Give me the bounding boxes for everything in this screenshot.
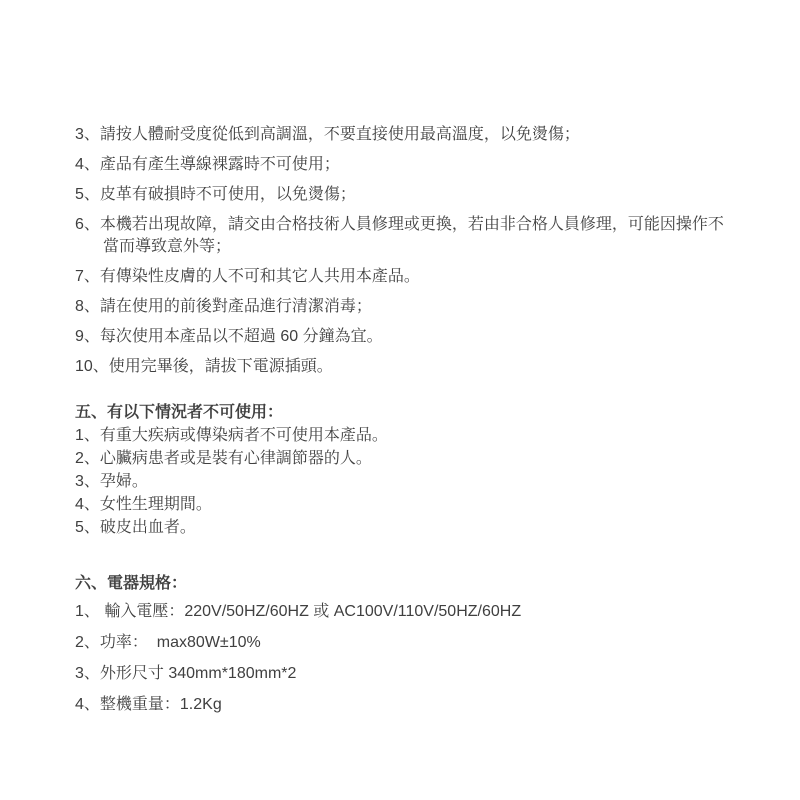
usage-notes-list: 3、請按人體耐受度從低到高調溫，不要直接使用最高溫度，以免燙傷； 4、產品有產生… <box>75 124 730 378</box>
contraindication-item: 5、破皮出血者。 <box>75 516 730 539</box>
usage-note-item: 5、皮革有破損時不可使用，以免燙傷； <box>75 184 730 206</box>
usage-note-item: 8、請在使用的前後對產品進行清潔消毒； <box>75 296 730 318</box>
contraindication-item: 3、孕婦。 <box>75 470 730 493</box>
section-electrical-specs: 六、電器規格： 1、 輸入電壓：220V/50HZ/60HZ 或 AC100V/… <box>75 573 730 716</box>
section-contraindications: 五、有以下情況者不可使用： 1、有重大疾病或傳染病者不可使用本產品。 2、心臟病… <box>75 402 730 539</box>
section-contraindications-heading: 五、有以下情況者不可使用： <box>75 402 730 424</box>
usage-note-item: 9、每次使用本產品以不超過 60 分鐘為宜。 <box>75 326 730 348</box>
usage-note-item: 6、本機若出現故障，請交由合格技術人員修理或更換，若由非合格人員修理，可能因操作… <box>75 214 730 258</box>
usage-note-item: 3、請按人體耐受度從低到高調溫，不要直接使用最高溫度，以免燙傷； <box>75 124 730 146</box>
contraindication-item: 4、女性生理期間。 <box>75 493 730 516</box>
spec-item: 3、外形尺寸 340mm*180mm*2 <box>75 663 730 685</box>
usage-note-item: 10、使用完畢後，請拔下電源插頭。 <box>75 356 730 378</box>
usage-note-item: 7、有傳染性皮膚的人不可和其它人共用本產品。 <box>75 266 730 288</box>
usage-note-item: 4、產品有產生導線裸露時不可使用； <box>75 154 730 176</box>
section-electrical-specs-heading: 六、電器規格： <box>75 573 730 595</box>
document-page: 3、請按人體耐受度從低到高調溫，不要直接使用最高溫度，以免燙傷； 4、產品有產生… <box>75 124 730 725</box>
spec-item: 4、整機重量：1.2Kg <box>75 694 730 716</box>
spec-item: 2、功率： max80W±10% <box>75 632 730 654</box>
contraindication-item: 2、心臟病患者或是裝有心律調節器的人。 <box>75 447 730 470</box>
contraindication-item: 1、有重大疾病或傳染病者不可使用本產品。 <box>75 424 730 447</box>
spec-item: 1、 輸入電壓：220V/50HZ/60HZ 或 AC100V/110V/50H… <box>75 601 730 623</box>
